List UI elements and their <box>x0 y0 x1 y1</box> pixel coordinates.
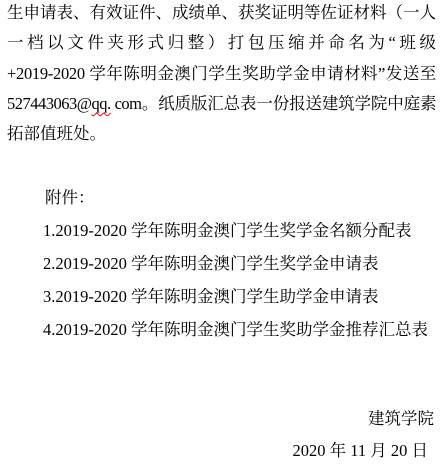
body-line-2: 一档以文件夹形式归整）打包压缩并命名为“班级 <box>7 28 436 58</box>
attachment-item-4: 4.2019-2020 学年陈明金澳门学生奖助学金推荐汇总表 <box>7 313 436 346</box>
body-line-3: +2019-2020 学年陈明金澳门学生奖助学金申请材料”发送至 <box>7 59 436 89</box>
body-paragraph: 生申请表、有效证件、成绩单、获奖证明等佐证材料（一人 一档以文件夹形式归整）打包… <box>7 0 436 149</box>
document-page: 生申请表、有效证件、成绩单、获奖证明等佐证材料（一人 一档以文件夹形式归整）打包… <box>0 0 444 470</box>
attachments-section: 附件： 1.2019-2020 学年陈明金澳门学生奖学金名额分配表 2.2019… <box>7 181 436 346</box>
attachment-item-3: 3.2019-2020 学年陈明金澳门学生助学金申请表 <box>7 280 436 313</box>
body-line-1: 生申请表、有效证件、成绩单、获奖证明等佐证材料（一人 <box>7 0 436 28</box>
signature-date: 2020 年 11 月 20 日 <box>292 441 428 461</box>
attachment-item-1: 1.2019-2020 学年陈明金澳门学生奖学金名额分配表 <box>7 214 436 247</box>
body-line-4-suffix-text: com。纸质版汇总表一份报送建筑学院中庭素 <box>111 94 436 113</box>
signature-organization: 建筑学院 <box>368 409 434 429</box>
body-line-5: 拓部值班处。 <box>7 119 436 149</box>
email-prefix-text: 527443063@ <box>7 94 91 113</box>
body-line-4: 527443063@qq. com。纸质版汇总表一份报送建筑学院中庭素 <box>7 89 436 119</box>
attachment-item-2: 2.2019-2020 学年陈明金澳门学生奖学金申请表 <box>7 247 436 280</box>
spellcheck-flagged-text: qq. <box>91 94 110 113</box>
attachments-label: 附件： <box>7 181 436 214</box>
